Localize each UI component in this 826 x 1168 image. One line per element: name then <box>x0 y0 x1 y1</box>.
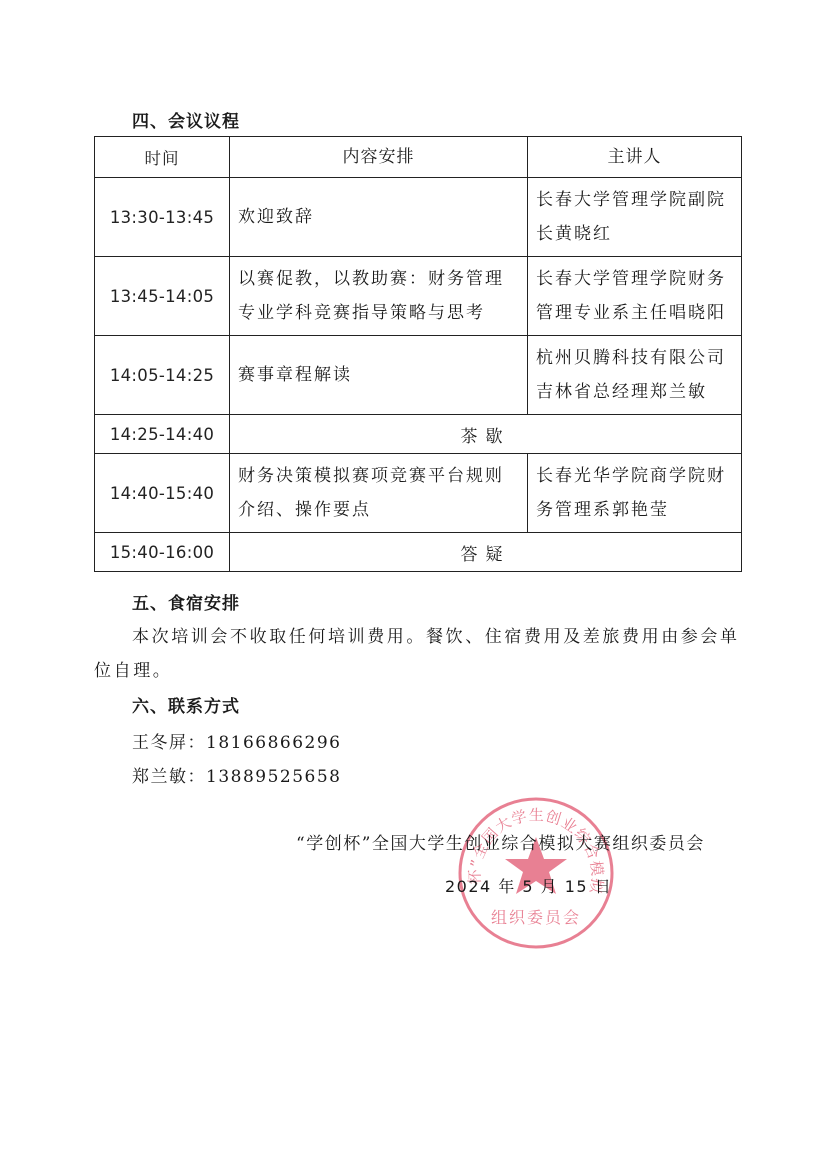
time-cell: 14:25-14:40 <box>95 415 230 454</box>
time-cell: 13:45-14:05 <box>95 257 230 336</box>
merged-cell-tea-break: 茶歇 <box>230 415 742 454</box>
table-row: 15:40-16:00 答疑 <box>95 533 742 572</box>
time-cell: 14:40-15:40 <box>95 454 230 533</box>
section-heading-agenda: 四、会议议程 <box>132 110 240 134</box>
time-cell: 13:30-13:45 <box>95 178 230 257</box>
accommodation-paragraph: 本次培训会不收取任何培训费用。餐饮、住宿费用及差旅费用由参会单位自理。 <box>94 620 740 688</box>
content-cell: 以赛促教，以教助赛：财务管理专业学科竞赛指导策略与思考 <box>230 257 528 336</box>
official-seal-stamp: “学创杯”全国大学生创业综合模拟大赛 组织委员会 <box>456 795 616 951</box>
table-row: 14:40-15:40 财务决策模拟赛项竞赛平台规则介绍、操作要点 长春光华学院… <box>95 454 742 533</box>
speaker-cell: 长春光华学院商学院财务管理系郭艳莹 <box>528 454 742 533</box>
section-heading-accommodation: 五、食宿安排 <box>132 592 240 616</box>
section-heading-contact: 六、联系方式 <box>132 695 240 719</box>
column-header-content: 内容安排 <box>230 137 528 178</box>
table-row: 14:25-14:40 茶歇 <box>95 415 742 454</box>
content-cell: 欢迎致辞 <box>230 178 528 257</box>
content-cell: 赛事章程解读 <box>230 336 528 415</box>
table-row: 14:05-14:25 赛事章程解读 杭州贝腾科技有限公司吉林省总经理郑兰敏 <box>95 336 742 415</box>
content-cell: 财务决策模拟赛项竞赛平台规则介绍、操作要点 <box>230 454 528 533</box>
table-header-row: 时间 内容安排 主讲人 <box>95 137 742 178</box>
signature-date: 2024 年 5 月 15 日 <box>445 875 612 899</box>
contact-line-1: 王冬屏：18166866296 <box>132 731 341 755</box>
merged-cell-qa: 答疑 <box>230 533 742 572</box>
column-header-speaker: 主讲人 <box>528 137 742 178</box>
agenda-table: 时间 内容安排 主讲人 13:30-13:45 欢迎致辞 长春大学管理学院副院长… <box>94 136 742 572</box>
contact-line-2: 郑兰敏：13889525658 <box>132 765 341 789</box>
time-cell: 15:40-16:00 <box>95 533 230 572</box>
table-row: 13:45-14:05 以赛促教，以教助赛：财务管理专业学科竞赛指导策略与思考 … <box>95 257 742 336</box>
speaker-cell: 长春大学管理学院副院长黄晓红 <box>528 178 742 257</box>
column-header-time: 时间 <box>95 137 230 178</box>
stamp-bottom-text: 组织委员会 <box>491 908 581 927</box>
speaker-cell: 杭州贝腾科技有限公司吉林省总经理郑兰敏 <box>528 336 742 415</box>
time-cell: 14:05-14:25 <box>95 336 230 415</box>
document-page: 四、会议议程 时间 内容安排 主讲人 13:30-13:45 欢迎致辞 长春大学… <box>0 0 826 1168</box>
table-row: 13:30-13:45 欢迎致辞 长春大学管理学院副院长黄晓红 <box>95 178 742 257</box>
signature-organization: “学创杯”全国大学生创业综合模拟大赛组织委员会 <box>296 832 705 856</box>
speaker-cell: 长春大学管理学院财务管理专业系主任唱晓阳 <box>528 257 742 336</box>
